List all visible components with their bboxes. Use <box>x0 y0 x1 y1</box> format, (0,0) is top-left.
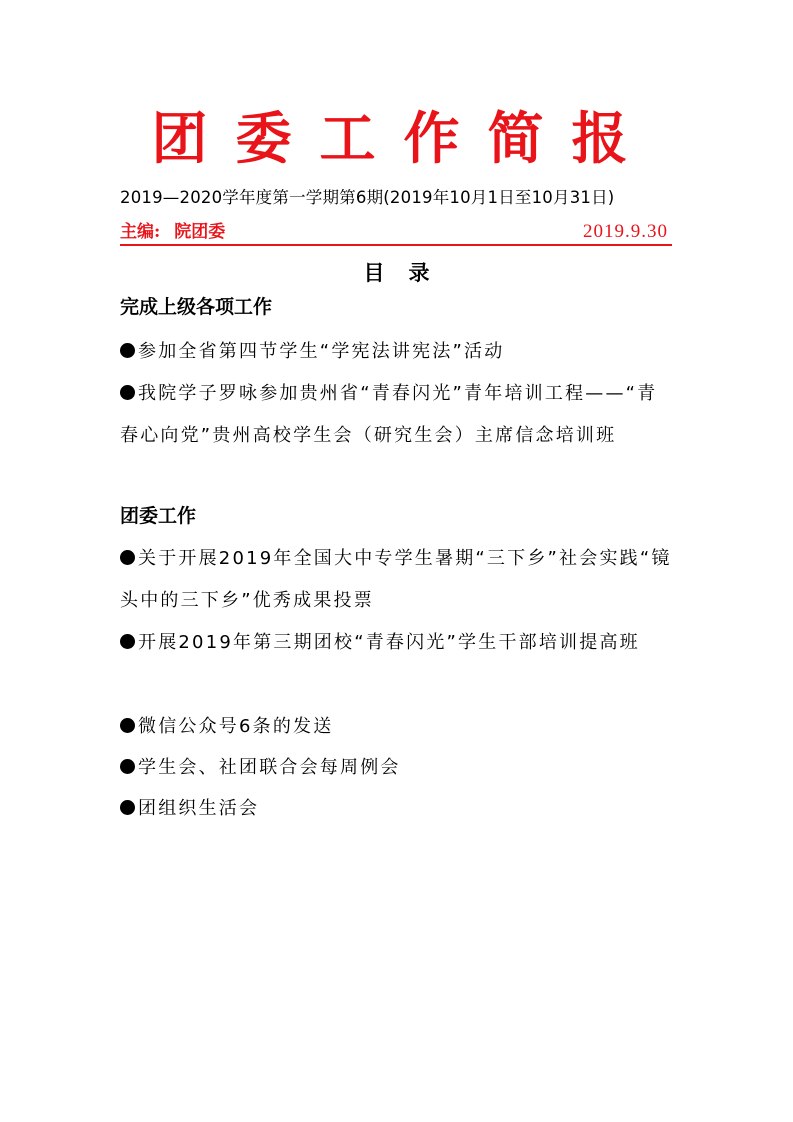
bullet-icon <box>120 759 135 774</box>
toc-item: 团组织生活会 <box>120 788 675 830</box>
section-heading-superior-work: 完成上级各项工作 <box>120 293 272 321</box>
section-heading-league-work: 团委工作 <box>120 502 196 530</box>
toc-item: 学生会、社团联合会每周例会 <box>120 747 675 789</box>
editor-name: 院团委 <box>174 222 225 242</box>
toc-item-text: 学生会、社团联合会每周例会 <box>138 757 401 778</box>
toc-item-text: 开展2019年第三期团校“青春闪光”学生干部培训提高班 <box>138 632 640 653</box>
bulletin-title: 团委工作简报 <box>0 104 793 174</box>
toc-item: 微信公众号6条的发送 <box>120 706 675 748</box>
toc-item: 我院学子罗咏参加贵州省“青春闪光”青年培训工程——“青春心向党”贵州高校学生会（… <box>120 373 675 457</box>
toc-item-text: 关于开展2019年全国大中专学生暑期“三下乡”社会实践“镜头中的三下乡”优秀成果… <box>120 548 672 611</box>
toc-heading-char: 录 <box>409 260 430 285</box>
toc-item-text: 微信公众号6条的发送 <box>138 716 333 737</box>
toc-item-text: 我院学子罗咏参加贵州省“青春闪光”青年培训工程——“青春心向党”贵州高校学生会（… <box>120 383 657 446</box>
bullet-icon <box>120 800 135 815</box>
bullet-icon <box>120 550 135 565</box>
toc-item-text: 团组织生活会 <box>138 798 259 819</box>
bullet-icon <box>120 634 135 649</box>
publish-date: 2019.9.30 <box>583 220 668 244</box>
toc-heading: 目录 <box>0 258 793 288</box>
toc-heading-char: 目 <box>364 260 385 285</box>
bullet-icon <box>120 343 135 358</box>
toc-item-text: 参加全省第四节学生“学宪法讲宪法”活动 <box>138 341 504 362</box>
editor-label: 主编: <box>120 222 160 242</box>
bullet-icon <box>120 718 135 733</box>
bullet-icon <box>120 385 135 400</box>
toc-item: 参加全省第四节学生“学宪法讲宪法”活动 <box>120 331 675 373</box>
editor-info: 主编:院团委 <box>120 220 239 244</box>
editor-row: 主编:院团委 2019.9.30 <box>120 220 672 246</box>
toc-item: 开展2019年第三期团校“青春闪光”学生干部培训提高班 <box>120 622 675 664</box>
toc-item: 关于开展2019年全国大中专学生暑期“三下乡”社会实践“镜头中的三下乡”优秀成果… <box>120 538 675 622</box>
issue-line: 2019—2020学年度第一学期第6期(2019年10月1日至10月31日) <box>120 186 680 210</box>
